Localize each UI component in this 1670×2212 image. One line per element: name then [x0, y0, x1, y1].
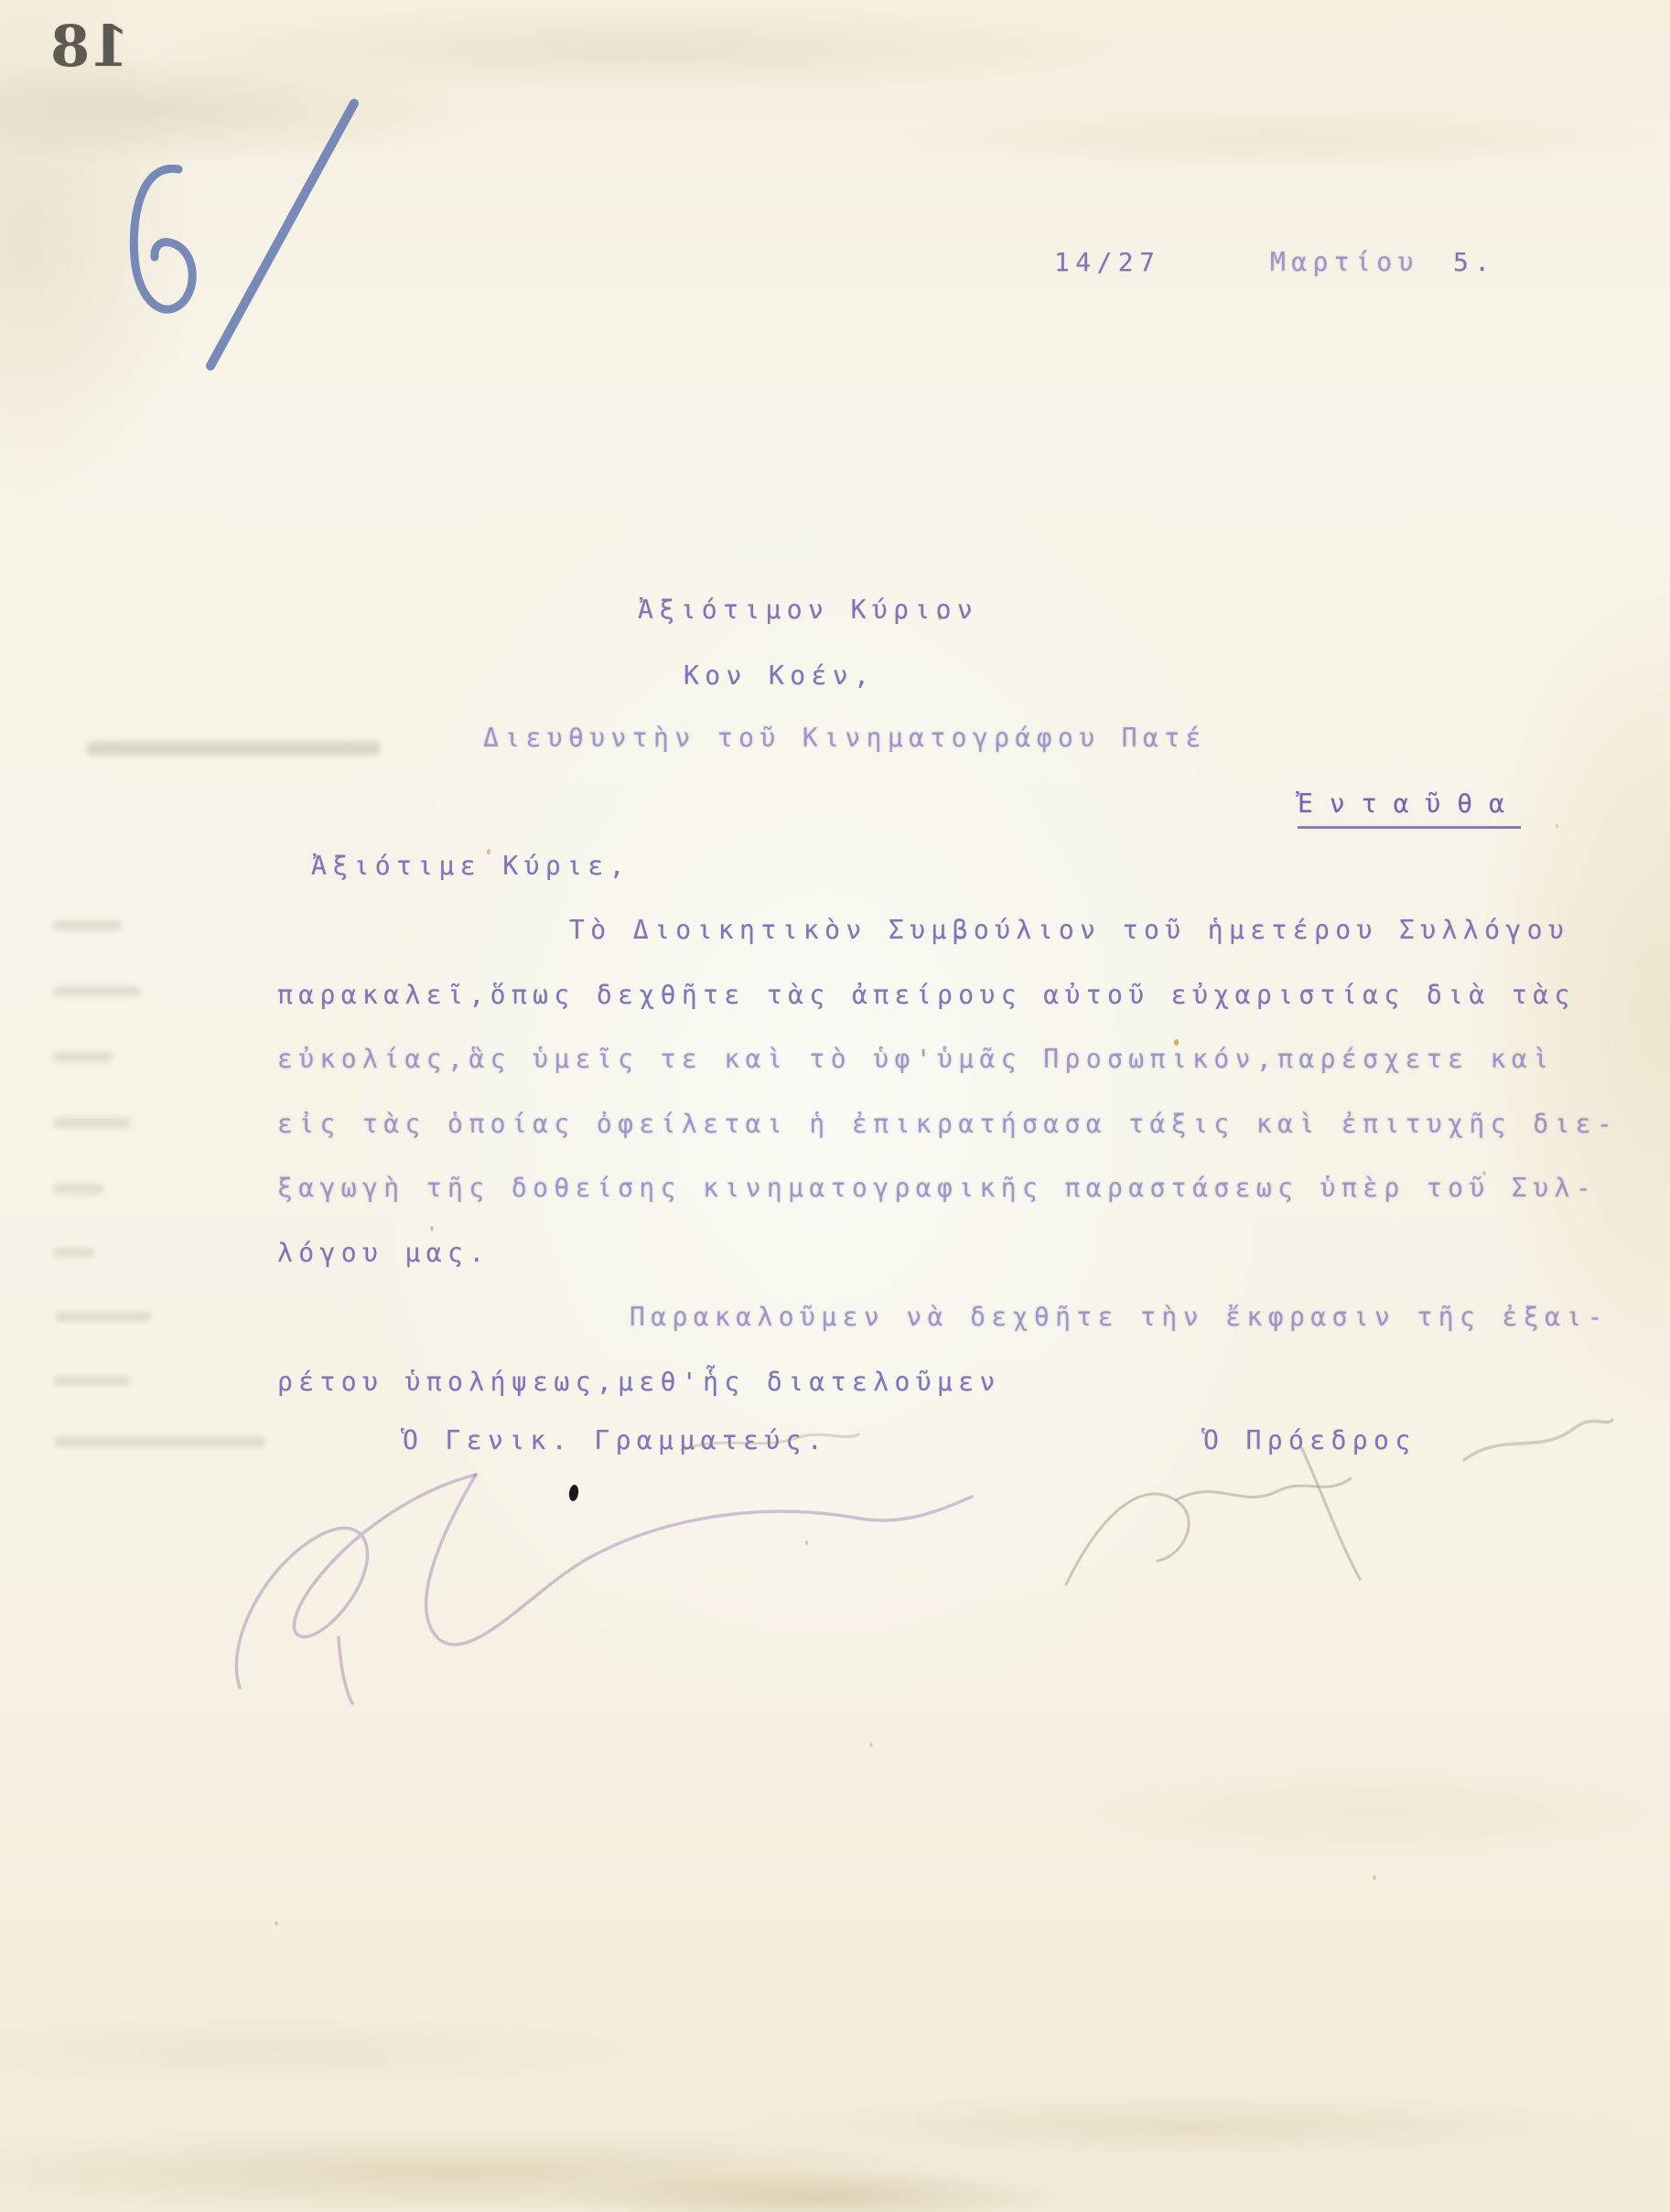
- foxing-speck: [275, 1921, 278, 1926]
- letter-page: 18 14/27 Μαρτίου 5. Ἀξιότιμον Κύριον Κον…: [0, 0, 1670, 2212]
- closing-line: Παρακαλοῦμεν νὰ δεχθῆτε τὴν ἔκφρασιν τῆς…: [630, 1302, 1609, 1333]
- foxing-speck: [869, 1743, 873, 1747]
- body-line: ξαγωγὴ τῆς δοθείσης κινηματογραφικῆς παρ…: [277, 1173, 1597, 1204]
- bleed-through-smudge: [55, 1436, 265, 1447]
- date-year: 5.: [1453, 247, 1496, 278]
- bleed-through-smudge: [87, 741, 380, 756]
- bleed-through-smudge: [53, 1052, 113, 1062]
- bleed-through-smudge: [53, 1118, 131, 1128]
- secretary-signature: [236, 1475, 972, 1703]
- foxing-speck: [805, 1541, 808, 1545]
- recipient-location: Ἐνταῦθα: [1298, 789, 1521, 829]
- pencil-scribble-right: [1464, 1420, 1612, 1460]
- bleed-through-smudge: [55, 1312, 151, 1322]
- bleed-through-smudge: [53, 1184, 103, 1194]
- foxing-speck: [1373, 1875, 1376, 1880]
- recipient-role: Διευθυντὴν τοῦ Κινηματογράφου Πατέ: [483, 723, 1207, 754]
- handwritten-signatures: [0, 0, 1670, 2212]
- blue-pencil-mark: [124, 91, 371, 375]
- foxing-speck: [1556, 823, 1558, 828]
- president-title: Ὁ Πρόεδρος: [1203, 1425, 1417, 1456]
- closing-line: ρέτου ὑπολήψεως,μεθ'ἧς διατελοῦμεν: [277, 1367, 1001, 1398]
- recipient-name: Κον Κοέν,: [684, 660, 875, 692]
- bleed-through-smudge: [53, 1376, 131, 1386]
- date-month: Μαρτίου: [1270, 247, 1419, 278]
- bleed-through-smudge: [53, 920, 122, 930]
- bleed-through-smudge: [53, 1248, 94, 1257]
- date-day: 14/27: [1054, 247, 1160, 278]
- bleed-through-smudge: [53, 986, 140, 996]
- body-line: λόγου μας.: [277, 1238, 490, 1269]
- paper-texture: [0, 0, 1670, 2212]
- salutation: Ἀξιότιμε Κύριε,: [311, 851, 630, 882]
- recipient-honorific: Ἀξιότιμον Κύριον: [638, 595, 978, 626]
- ink-blot: [568, 1484, 579, 1501]
- verso-page-number: 18: [50, 13, 129, 80]
- body-line: εὐκολίας,ἃς ὑμεῖς τε καὶ τὸ ὑφ'ὑμᾶς Προσ…: [277, 1044, 1554, 1075]
- body-line: Τὸ Διοικητικὸν Συμβούλιον τοῦ ἡμετέρου Σ…: [569, 915, 1569, 946]
- foxing-speck: [430, 1226, 434, 1231]
- body-line: εἰς τὰς ὁποίας ὀφείλεται ἡ ἐπικρατήσασα …: [277, 1109, 1618, 1140]
- president-signature: [1066, 1447, 1360, 1584]
- secretary-title: Ὁ Γενικ. Γραμματεύς.: [403, 1425, 828, 1456]
- body-line: παρακαλεῖ,ὅπως δεχθῆτε τὰς ἀπείρους αὐτο…: [277, 980, 1576, 1011]
